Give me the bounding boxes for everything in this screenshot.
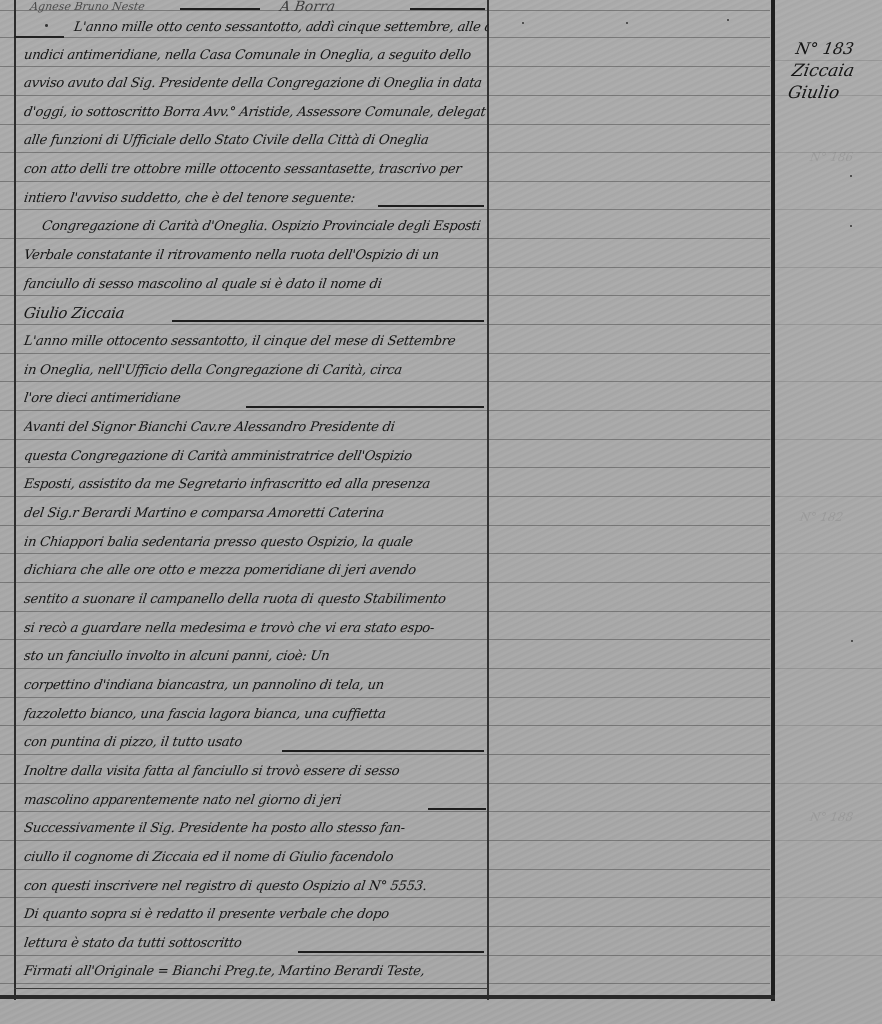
text-line: sentito a suonare il campanello della ru… [22, 586, 488, 614]
text-line: avviso avuto dal Sig. Presidente della C… [22, 70, 488, 98]
header-fill-line [180, 8, 260, 10]
bleed-through-text: N° 188 [809, 810, 854, 824]
left-column-border [14, 0, 16, 1000]
text-line: L'anno mille ottocento sessantotto, il c… [22, 328, 488, 356]
entry-start-mark [14, 36, 64, 38]
ink-speck [851, 640, 853, 642]
registry-page: Agnese Bruno Neste A Borra L'anno mille … [0, 0, 882, 1024]
ink-dot [45, 24, 48, 27]
ink-speck [850, 225, 852, 227]
text-line: dichiara che alle ore otto e mezza pomer… [22, 557, 488, 585]
signatures-line: Firmati all'Originale = Bianchi Preg.te,… [22, 958, 488, 986]
text-line: con puntina di pizzo, il tutto usato [22, 729, 288, 757]
text-line: d'oggi, io sottoscritto Borra Avv.° Aris… [22, 99, 488, 127]
ink-speck [626, 22, 628, 24]
text-line: L'anno mille otto cento sessantotto, add… [72, 14, 490, 42]
act-number: N° 183 [794, 38, 878, 60]
fill-line [246, 406, 484, 408]
text-line: Verbale constatante il ritrovamento nell… [22, 242, 488, 270]
text-line: con atto delli tre ottobre mille ottocen… [22, 156, 488, 184]
text-line: Esposti, assistito da me Segretario infr… [22, 471, 488, 499]
header-officer-signature-fragment: A Borra [279, 0, 336, 14]
text-line: si recò a guardare nella medesima e trov… [22, 615, 488, 643]
header-fill-line-right [410, 8, 485, 10]
text-line: Inoltre dalla visita fatta al fanciullo … [22, 758, 488, 786]
text-line: alle funzioni di Ufficiale dello Stato C… [22, 127, 488, 155]
bottom-border [0, 995, 775, 999]
text-line: Di quanto sopra si è redatto il presente… [22, 901, 488, 929]
ink-speck [850, 175, 852, 177]
text-line: con questi inscrivere nel registro di qu… [22, 873, 488, 901]
ink-speck [522, 22, 524, 24]
text-line: questa Congregazione di Carità amministr… [22, 443, 488, 471]
text-line: lettura è stato da tutti sottoscritto [22, 930, 306, 958]
bleed-through-text: N° 182 [799, 510, 844, 524]
bleed-through-text: N° 186 [809, 150, 854, 164]
text-line: corpettino d'indiana biancastra, un pann… [22, 672, 488, 700]
text-line: fanciullo di sesso mascolino al quale si… [22, 271, 488, 299]
text-line: in Oneglia, nell'Ufficio della Congregaz… [22, 357, 488, 385]
fill-line [172, 320, 484, 322]
margin-surname: Ziccaia [790, 60, 874, 82]
text-line: Avanti del Signor Bianchi Cav.re Alessan… [22, 414, 488, 442]
text-line: l'ore dieci antimeridiane [22, 385, 256, 413]
text-line: sto un fanciullo involto in alcuni panni… [22, 643, 488, 671]
text-line: del Sig.r Berardi Martino e comparsa Amo… [22, 500, 488, 528]
bottom-inner-rule [14, 988, 488, 989]
ink-speck [727, 19, 729, 21]
margin-given-name: Giulio [786, 82, 870, 104]
text-line: Congregazione di Carità d'Oneglia. Ospiz… [40, 213, 488, 241]
fill-line [298, 951, 484, 953]
fill-line [282, 750, 484, 752]
margin-note: N° 183 Ziccaia Giulio [786, 38, 878, 104]
text-line: fazzoletto bianco, una fascia lagora bia… [22, 701, 488, 729]
fill-line [378, 205, 484, 207]
margin-column-border [771, 0, 775, 1001]
text-line: undici antimeridiane, nella Casa Comunal… [22, 42, 488, 70]
text-line: mascolino apparentemente nato nel giorno… [22, 787, 426, 815]
foundling-name-line: Giulio Ziccaia [22, 299, 186, 327]
fill-line [428, 808, 486, 810]
text-line: in Chiappori balia sedentaria presso que… [22, 529, 488, 557]
text-line: Successivamente il Sig. Presidente ha po… [22, 815, 488, 843]
text-line: ciullo il cognome di Ziccaia ed il nome … [22, 844, 488, 872]
text-line: intiero l'avviso suddetto, che è del ten… [22, 185, 386, 213]
